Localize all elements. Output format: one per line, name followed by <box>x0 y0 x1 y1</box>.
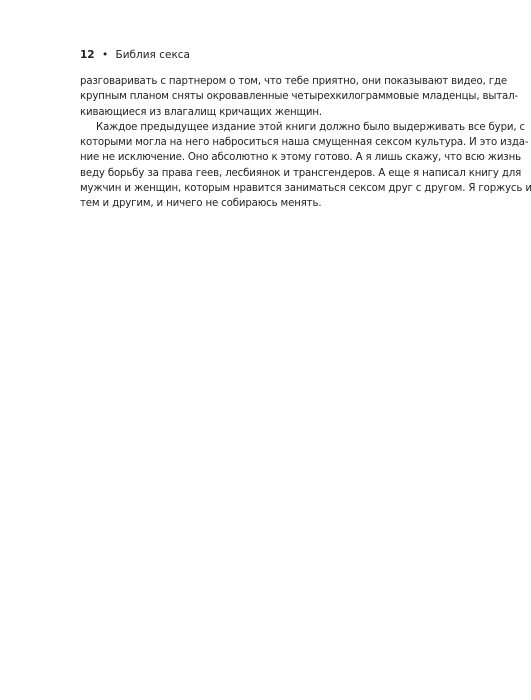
text-line: разговаривать с партнером о том, что теб… <box>80 74 478 89</box>
body-text: разговаривать с партнером о том, что теб… <box>80 74 478 212</box>
page-number: 12 <box>80 49 95 61</box>
text-line: ние не исключение. Оно абсолютно к этому… <box>80 150 478 165</box>
text-line: мужчин и женщин, которым нравится занима… <box>80 181 478 196</box>
header-separator: • <box>102 49 108 61</box>
text-line: кивающиеся из влагалищ кричащих женщин. <box>80 105 478 120</box>
text-line: которыми могла на него наброситься наша … <box>80 135 478 150</box>
running-title: Библия секса <box>116 49 190 61</box>
running-header: 12 • Библия секса <box>80 49 190 61</box>
text-line: крупным планом сняты окровавленные четыр… <box>80 89 478 104</box>
text-line: Каждое предыдущее издание этой книги дол… <box>80 120 478 135</box>
text-line: тем и другим, и ничего не собираюсь меня… <box>80 196 478 211</box>
text-line: веду борьбу за права геев, лесбиянок и т… <box>80 166 478 181</box>
